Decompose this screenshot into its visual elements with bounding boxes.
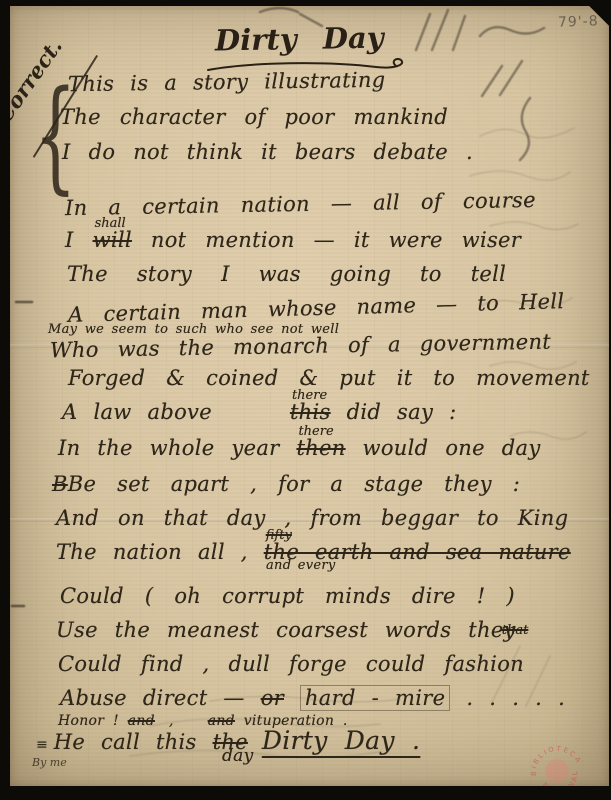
inserted-word: fifty [266,529,292,542]
manuscript-line: In the whole year therethen would one da… [58,438,541,459]
manuscript-line: The story I was going to tell [67,264,506,285]
interlined-word: day [222,748,254,765]
manuscript-line: Forged & coined & put it to movement — [68,368,609,389]
manuscript-line: The nation all , fiftythe earth and sea … [56,542,571,563]
poem-title-repeat: Dirty Day . [262,726,420,755]
manuscript-line: I do not think it bears debate . [62,142,473,163]
manuscript-line: Could find , dull forge could fashion [58,654,524,675]
manuscript-line: This is a story illustrating [68,70,386,95]
inserted-word: that [502,624,529,637]
manuscript-line: BBe set apart , for a stage they : [52,474,520,495]
struck-word: will [93,228,132,252]
manuscript-line: ≡He call this theDirty Day .day [36,728,420,753]
struck-word: this [290,400,331,424]
bottom-note: By me [32,756,67,769]
inserted-word: there [292,389,327,402]
manuscript-page: Correct. { Dirty Day 79'-8 This is a sto… [10,6,609,786]
manuscript-line: In a certain nation — all of course [65,190,536,219]
manuscript-line: Could ( oh corrupt minds dire ! ) [60,586,515,607]
manuscript-line: And on that day , from beggar to King [56,508,568,529]
manuscript-photo: Correct. { Dirty Day 79'-8 This is a sto… [0,0,611,800]
inserted-word: shall [95,217,126,230]
manuscript-line: I shallwill not mention — it were wiser [65,230,521,251]
manuscript-line: A law abovetherethis did say : [62,402,456,423]
interlined-word: and every [266,559,336,572]
catalog-number: 79'-8 [558,13,599,30]
struck-word: and [208,713,235,729]
manuscript-line: Use the meanest coarsest words theythat [56,620,516,641]
library-stamp: BIBLIOTECA NACIONAL [520,734,593,786]
struck-word: then [296,436,345,460]
manuscript-line: A certain man whose name — to Hell [68,291,565,326]
page-title: Dirty Day [215,21,384,58]
manuscript-line: Who was the monarch of a government [50,332,551,362]
list-marker: ≡ [36,737,46,753]
manuscript-line: Abuse direct — or hard - mire . . . . . [60,688,565,709]
boxed-word: hard - mire [300,685,450,711]
manuscript-line: The character of poor mankind [60,107,448,128]
inserted-word: there [298,425,333,438]
struck-word: B [52,472,68,496]
struck-word: and [128,713,155,729]
struck-word: or [261,686,284,710]
